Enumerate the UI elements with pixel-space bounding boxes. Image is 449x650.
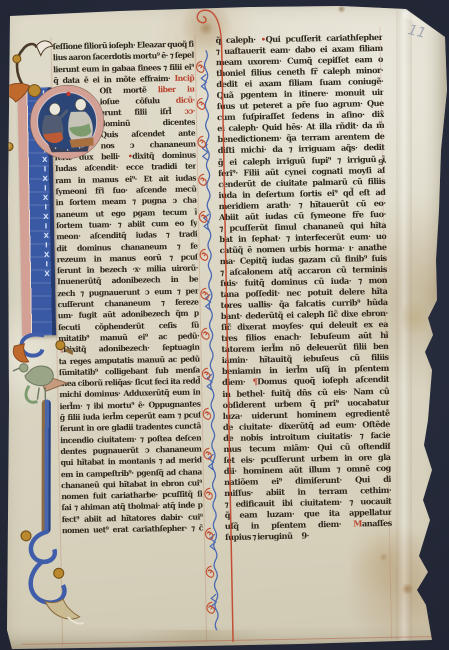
rubric-text: M — [353, 518, 362, 528]
ink-text: Dixitq̃ adonibezech· ſeptuagin — [63, 343, 200, 355]
ink-text: qui hĩtabat in montanis ⁊ ad merid — [61, 456, 202, 468]
text-column-right: q̃ caleph· •Qui pcuſſerit cariathſepher⁊… — [215, 32, 392, 543]
ink-text: dominũ dicentes — [100, 118, 195, 129]
ink-text: ſerunt in ore gladii tradentes cunctã — [60, 422, 201, 434]
foliate-terminal-icon — [14, 527, 86, 634]
historiated-initial-icon — [24, 81, 104, 164]
written-area: ſeſſione filiorũ ioſeph· Eleazar quoq̃ f… — [0, 0, 449, 650]
parchment-leaf: ſeſſione filiorũ ioſeph· Eleazar quoq̃ f… — [0, 0, 449, 650]
ink-text: um· fugit aũt adonibezech q̃m p — [58, 309, 199, 321]
ink-text: ioſue cõſulu — [100, 96, 176, 106]
ink-text: lius aaron ſacerdotis mortu⁹ ē· ⁊ ſepel — [53, 51, 194, 63]
gold-ball-icon — [4, 142, 13, 151]
text-line: ſupius ⁊ ieruginũ 9· — [225, 529, 392, 543]
ink-text: uſq̃ in pſentem diem· — [225, 519, 354, 531]
initial-bar-extension — [42, 399, 51, 533]
ink-text: dixitq̃ dominus — [132, 151, 196, 161]
ink-text: meon· aſcenditq̃ iudas ⁊ tradi — [56, 230, 197, 242]
ink-text: Oſt mortẽ — [99, 85, 157, 95]
margin-note: 9· — [378, 158, 387, 168]
drollery-dragon-icon — [8, 329, 82, 410]
ink-text: nos ɔ chananeum — [100, 140, 195, 151]
ink-text: in ſortem meam ⁊ pugna ɔ cha — [56, 196, 197, 208]
ink-text: Quis aſcendet ante — [100, 129, 195, 140]
ink-text: ſai ⁊ ahiman atq̃ tholmai· atq̃ inde p — [61, 501, 202, 513]
manuscript-photo: { "page": { "folio_number": "11", "margi… — [0, 0, 449, 650]
ink-text: anaſſes — [362, 518, 392, 529]
ink-text: erunt filii iſrl̃ — [100, 107, 185, 118]
